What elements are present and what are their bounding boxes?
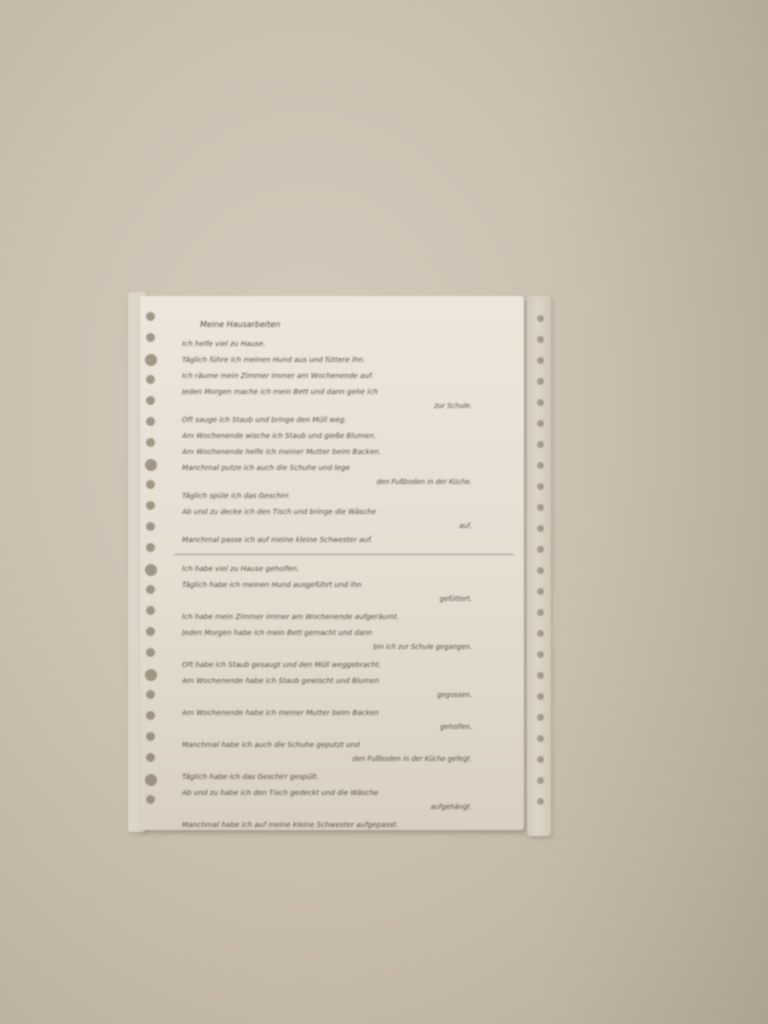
binder-hole [537, 462, 544, 469]
binder-hole [537, 441, 544, 448]
handwritten-line: Manchmal putze ich auch die Schuhe und l… [182, 460, 512, 476]
binder-hole [537, 588, 544, 595]
binder-hole [537, 567, 544, 574]
binder-hole [145, 774, 157, 786]
present-tense-section: Ich helfe viel zu Hause.Täglich führe ic… [182, 336, 512, 548]
binder-hole [537, 693, 544, 700]
binder-hole [537, 315, 544, 322]
handwritten-text: Meine Hausarbeiten Ich helfe viel zu Hau… [182, 314, 512, 833]
binder-hole [146, 333, 155, 342]
binder-hole [537, 378, 544, 385]
binder-hole [537, 714, 544, 721]
handwritten-line: gefüttert. [182, 593, 512, 609]
binder-hole [146, 711, 155, 720]
handwritten-line: Jeden Morgen mache ich mein Bett und dan… [182, 384, 512, 400]
handwritten-line: auf. [182, 520, 512, 532]
binder-hole [537, 525, 544, 532]
binder-hole [537, 609, 544, 616]
handwritten-line: Manchmal habe ich auch die Schuhe geputz… [182, 737, 512, 753]
binder-hole [537, 777, 544, 784]
binder-hole [146, 795, 155, 804]
handwritten-line: den Fußboden in der Küche. [182, 476, 512, 488]
handwritten-line: Ab und zu decke ich den Tisch und bringe… [182, 504, 512, 520]
handwritten-line: Täglich habe ich meinen Hund ausgeführt … [182, 577, 512, 593]
handwritten-line: gegossen. [182, 689, 512, 705]
handwritten-line: Ich räume mein Zimmer immer am Wochenend… [182, 368, 512, 384]
binder-hole [146, 690, 155, 699]
binder-hole [146, 438, 155, 447]
binder-hole [537, 651, 544, 658]
binder-hole [146, 585, 155, 594]
handwritten-line: bin ich zur Schule gegangen. [182, 641, 512, 657]
handwritten-line: zur Schule. [182, 400, 512, 412]
handwritten-line: Manchmal passe ich auf meine kleine Schw… [182, 532, 512, 548]
binder-hole [146, 501, 155, 510]
binder-hole [537, 336, 544, 343]
binder-hole [146, 543, 155, 552]
handwritten-line: Manchmal habe ich auf meine kleine Schwe… [182, 817, 512, 833]
binder-hole [537, 798, 544, 805]
binder-hole [537, 672, 544, 679]
binder-hole [537, 399, 544, 406]
handwritten-line: Am Wochenende wische ich Staub und gieße… [182, 428, 512, 444]
handwritten-line: Täglich spüle ich das Geschirr. [182, 488, 512, 504]
binder-hole [145, 669, 157, 681]
handwritten-line: Jeden Morgen habe ich mein Bett gemacht … [182, 625, 512, 641]
binder-hole [537, 420, 544, 427]
binder-hole [146, 417, 155, 426]
handwritten-line: Am Wochenende helfe ich meiner Mutter be… [182, 444, 512, 460]
binder-hole [146, 375, 155, 384]
binder-hole [146, 312, 155, 321]
handwritten-line: aufgehängt. [182, 801, 512, 817]
handwritten-line: Ich helfe viel zu Hause. [182, 336, 512, 352]
binder-holes-right [537, 315, 549, 825]
handwritten-line: Ich habe viel zu Hause geholfen. [182, 561, 512, 577]
binder-hole [537, 630, 544, 637]
binder-hole [145, 564, 157, 576]
binder-hole [145, 354, 157, 366]
binder-hole [146, 522, 155, 531]
binder-hole [146, 480, 155, 489]
binder-holes-left [146, 312, 162, 812]
handwritten-line: geholfen. [182, 721, 512, 737]
handwritten-line: den Fußboden in der Küche gefegt. [182, 753, 512, 769]
binder-hole [146, 732, 155, 741]
handwritten-line: Täglich führe ich meinen Hund aus und fü… [182, 352, 512, 368]
binder-hole [537, 735, 544, 742]
section-divider [174, 554, 514, 555]
binder-hole [146, 753, 155, 762]
binder-hole [146, 627, 155, 636]
handwritten-line: Am Wochenende habe ich Staub gewischt un… [182, 673, 512, 689]
handwritten-line: Täglich habe ich das Geschirr gespült. [182, 769, 512, 785]
binder-hole [537, 546, 544, 553]
binder-hole [537, 504, 544, 511]
handwritten-line: Ich habe mein Zimmer immer am Wochenende… [182, 609, 512, 625]
handwritten-line: Oft habe ich Staub gesaugt und den Müll … [182, 657, 512, 673]
handwritten-line: Ab und zu habe ich den Tisch gedeckt und… [182, 785, 512, 801]
binder-hole [146, 648, 155, 657]
handwritten-line: Oft sauge ich Staub und bringe den Müll … [182, 412, 512, 428]
handwritten-line: Am Wochenende habe ich meiner Mutter bei… [182, 705, 512, 721]
binder-hole [146, 606, 155, 615]
perfect-tense-section: Ich habe viel zu Hause geholfen.Täglich … [182, 561, 512, 833]
binder-hole [146, 396, 155, 405]
worksheet-title: Meine Hausarbeiten [200, 314, 512, 336]
binder-hole [537, 357, 544, 364]
binder-hole [537, 756, 544, 763]
binder-hole [145, 459, 157, 471]
binder-hole [537, 483, 544, 490]
